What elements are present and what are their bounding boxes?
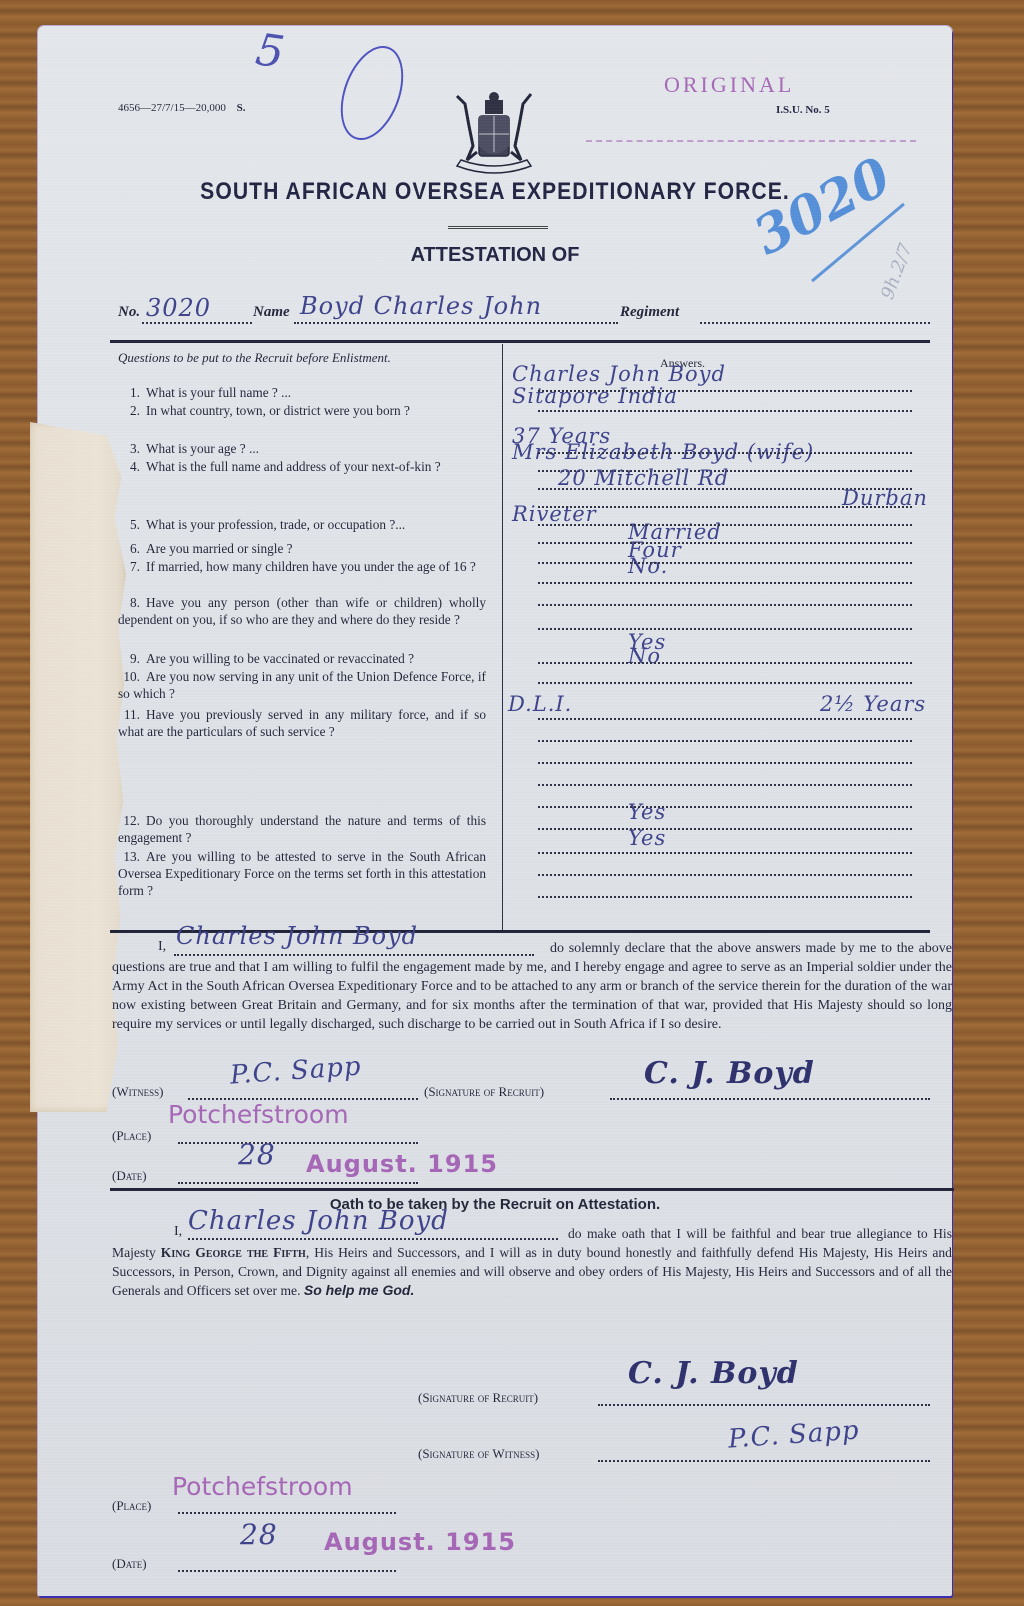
question-text: Have you previously served in any milita… bbox=[118, 707, 486, 739]
answer-2[interactable]: Sitapore India bbox=[512, 384, 678, 408]
column-divider bbox=[502, 344, 503, 930]
question-text: What is your age ? ... bbox=[146, 441, 259, 456]
answer-1[interactable]: Charles John Boyd bbox=[512, 362, 726, 386]
recruit-signature-label: (Signature of Recruit) bbox=[424, 1084, 544, 1100]
answer-dotted-line bbox=[538, 582, 912, 584]
handwritten-circle-mark bbox=[329, 37, 415, 148]
answer-10[interactable]: No bbox=[628, 644, 661, 668]
question-12: 12.Do you thoroughly understand the natu… bbox=[118, 812, 486, 846]
oath-date-stamp: August. 1915 bbox=[324, 1528, 516, 1556]
answer-8[interactable]: No. bbox=[628, 554, 668, 578]
question-number: 1. bbox=[118, 384, 140, 401]
question-text: Are you married or single ? bbox=[146, 541, 293, 556]
original-stamp: ORIGINAL bbox=[664, 72, 794, 98]
answer-dotted-line bbox=[538, 740, 912, 742]
answer-dotted-line bbox=[538, 852, 912, 854]
question-9: 9.Are you willing to be vaccinated or re… bbox=[118, 650, 486, 667]
question-number: 4. bbox=[118, 458, 140, 475]
oath-king-name: King George the Fifth bbox=[161, 1245, 306, 1260]
answer-dotted-line bbox=[538, 762, 912, 764]
question-number: 11. bbox=[118, 706, 140, 723]
answer-11[interactable]: D.L.I. bbox=[508, 692, 572, 716]
question-3: 3.What is your age ? ... bbox=[118, 440, 486, 457]
regiment-label: Regiment bbox=[620, 304, 679, 321]
question-number: 2. bbox=[118, 402, 140, 419]
print-series: S. bbox=[237, 102, 246, 114]
answer-dotted-line bbox=[538, 662, 912, 664]
question-number: 5. bbox=[118, 516, 140, 533]
no-label: No. bbox=[118, 304, 140, 321]
answer-dotted-line bbox=[538, 784, 912, 786]
name-label: Name bbox=[253, 304, 290, 321]
coat-of-arms-icon bbox=[443, 86, 543, 178]
oath-recruit-signature-label: (Signature of Recruit) bbox=[418, 1390, 538, 1406]
question-number: 3. bbox=[118, 440, 140, 457]
question-text: Are you willing to be attested to serve … bbox=[118, 849, 486, 898]
question-7: 7.If married, how many children have you… bbox=[118, 558, 486, 575]
answer-dotted-line bbox=[538, 452, 912, 454]
oath-place-line bbox=[178, 1512, 396, 1514]
date-stamp: August. 1915 bbox=[306, 1150, 498, 1178]
handwritten-tick-mark: 5 bbox=[253, 24, 289, 79]
question-number: 10. bbox=[118, 668, 140, 685]
question-6: 6.Are you married or single ? bbox=[118, 540, 486, 557]
answer-dotted-line bbox=[538, 806, 912, 808]
question-text: Have you any person (other than wife or … bbox=[118, 595, 486, 627]
answer-dotted-line bbox=[538, 828, 912, 830]
question-text: What is your full name ? ... bbox=[146, 385, 291, 400]
oath-place-label: (Place) bbox=[112, 1498, 151, 1514]
question-text: What is your profession, trade, or occup… bbox=[146, 517, 405, 532]
answer-dotted-line bbox=[538, 604, 912, 606]
answer-11-duration[interactable]: 2½ Years bbox=[820, 692, 926, 716]
regiment-dotted-line[interactable] bbox=[700, 322, 930, 324]
witness-signature[interactable]: P.C. Sapp bbox=[229, 1051, 362, 1090]
no-dotted-line bbox=[142, 322, 252, 324]
answer-dotted-line bbox=[538, 542, 912, 544]
header-rule bbox=[110, 340, 930, 343]
name-dotted-line bbox=[294, 322, 618, 324]
question-text: What is the full name and address of you… bbox=[146, 459, 441, 474]
question-8: 8.Have you any person (other than wife o… bbox=[118, 594, 486, 628]
question-text: Are you now serving in any unit of the U… bbox=[118, 669, 486, 701]
date-line bbox=[178, 1182, 418, 1184]
question-number: 12. bbox=[118, 812, 140, 829]
question-4: 4.What is the full name and address of y… bbox=[118, 458, 486, 475]
question-text: Do you thoroughly understand the nature … bbox=[118, 813, 486, 845]
oath-text: do make oath that I will be faithful and… bbox=[112, 1224, 952, 1300]
oath-witness-signature[interactable]: P.C. Sapp bbox=[727, 1415, 860, 1454]
answer-dotted-line bbox=[538, 896, 912, 898]
form-subtitle: ATTESTATION OF bbox=[38, 244, 952, 267]
question-text: Are you willing to be vaccinated or reva… bbox=[146, 651, 414, 666]
print-code: 4656—27/7/15—20,000 S. bbox=[118, 102, 246, 114]
oath-top-rule bbox=[110, 1188, 954, 1191]
place-line bbox=[178, 1142, 418, 1144]
date-label: (Date) bbox=[112, 1168, 147, 1184]
answer-dotted-line bbox=[538, 524, 912, 526]
recruit-name-field[interactable]: Boyd Charles John bbox=[300, 292, 542, 320]
question-number: 6. bbox=[118, 540, 140, 557]
question-5: 5.What is your profession, trade, or occ… bbox=[118, 516, 486, 533]
answer-dotted-line bbox=[538, 874, 912, 876]
question-11: 11.Have you previously served in any mil… bbox=[118, 706, 486, 740]
answer-dotted-line bbox=[538, 390, 912, 392]
oath-recruit-signature[interactable]: C. J. Boyd bbox=[628, 1356, 799, 1391]
question-text: In what country, town, or district were … bbox=[146, 403, 410, 418]
oath-witness-signature-label: (Signature of Witness) bbox=[418, 1446, 539, 1462]
answer-dotted-line bbox=[538, 718, 912, 720]
recruit-number-field[interactable]: 3020 bbox=[146, 294, 211, 322]
oath-title: Oath to be taken by the Recruit on Attes… bbox=[38, 1196, 952, 1213]
title-underline bbox=[448, 226, 548, 229]
question-number: 9. bbox=[118, 650, 140, 667]
place-stamp: Potchefstroom bbox=[168, 1100, 349, 1129]
oath-witness-signature-line bbox=[598, 1460, 930, 1462]
answer-12[interactable]: Yes bbox=[628, 800, 666, 824]
question-number: 8. bbox=[118, 594, 140, 611]
answer-dotted-line bbox=[538, 410, 912, 412]
recruit-signature-line bbox=[610, 1098, 930, 1100]
answer-dotted-line bbox=[538, 628, 912, 630]
place-label: (Place) bbox=[112, 1128, 151, 1144]
questions-heading: Questions to be put to the Recruit befor… bbox=[118, 350, 391, 366]
question-10: 10.Are you now serving in any unit of th… bbox=[118, 668, 486, 702]
answer-4-city[interactable]: Durban bbox=[842, 486, 928, 510]
attestation-form-page: 4656—27/7/15—20,000 S. 5 ORIGINAL I.S.U.… bbox=[38, 26, 952, 1596]
oath-closing: So help me God. bbox=[304, 1282, 414, 1298]
answer-4-address-line[interactable]: 20 Mitchell Rd bbox=[558, 466, 729, 490]
question-2: 2.In what country, town, or district wer… bbox=[118, 402, 486, 419]
isu-number: I.S.U. No. 5 bbox=[776, 104, 830, 116]
oath-date-line bbox=[178, 1570, 396, 1572]
question-text: If married, how many children have you u… bbox=[146, 559, 476, 574]
recruit-signature[interactable]: C. J. Boyd bbox=[644, 1056, 815, 1091]
stamp-smudge-line bbox=[586, 140, 916, 142]
oath-date-day-field[interactable]: 28 bbox=[240, 1518, 278, 1551]
question-13: 13.Are you willing to be attested to ser… bbox=[118, 848, 486, 899]
question-number: 13. bbox=[118, 848, 140, 865]
oath-recruit-signature-line bbox=[598, 1404, 930, 1406]
witness-label: (Witness) bbox=[112, 1084, 163, 1100]
question-1: 1.What is your full name ? ... bbox=[118, 384, 486, 401]
print-code-text: 4656—27/7/15—20,000 bbox=[118, 102, 226, 114]
answer-dotted-line bbox=[538, 682, 912, 684]
declaration-text: do solemnly declare that the above answe… bbox=[112, 939, 952, 1034]
date-day-field[interactable]: 28 bbox=[238, 1138, 276, 1171]
oath-date-label: (Date) bbox=[112, 1556, 147, 1572]
question-number: 7. bbox=[118, 558, 140, 575]
answer-dotted-line bbox=[538, 562, 912, 564]
oath-place-stamp: Potchefstroom bbox=[172, 1472, 353, 1501]
